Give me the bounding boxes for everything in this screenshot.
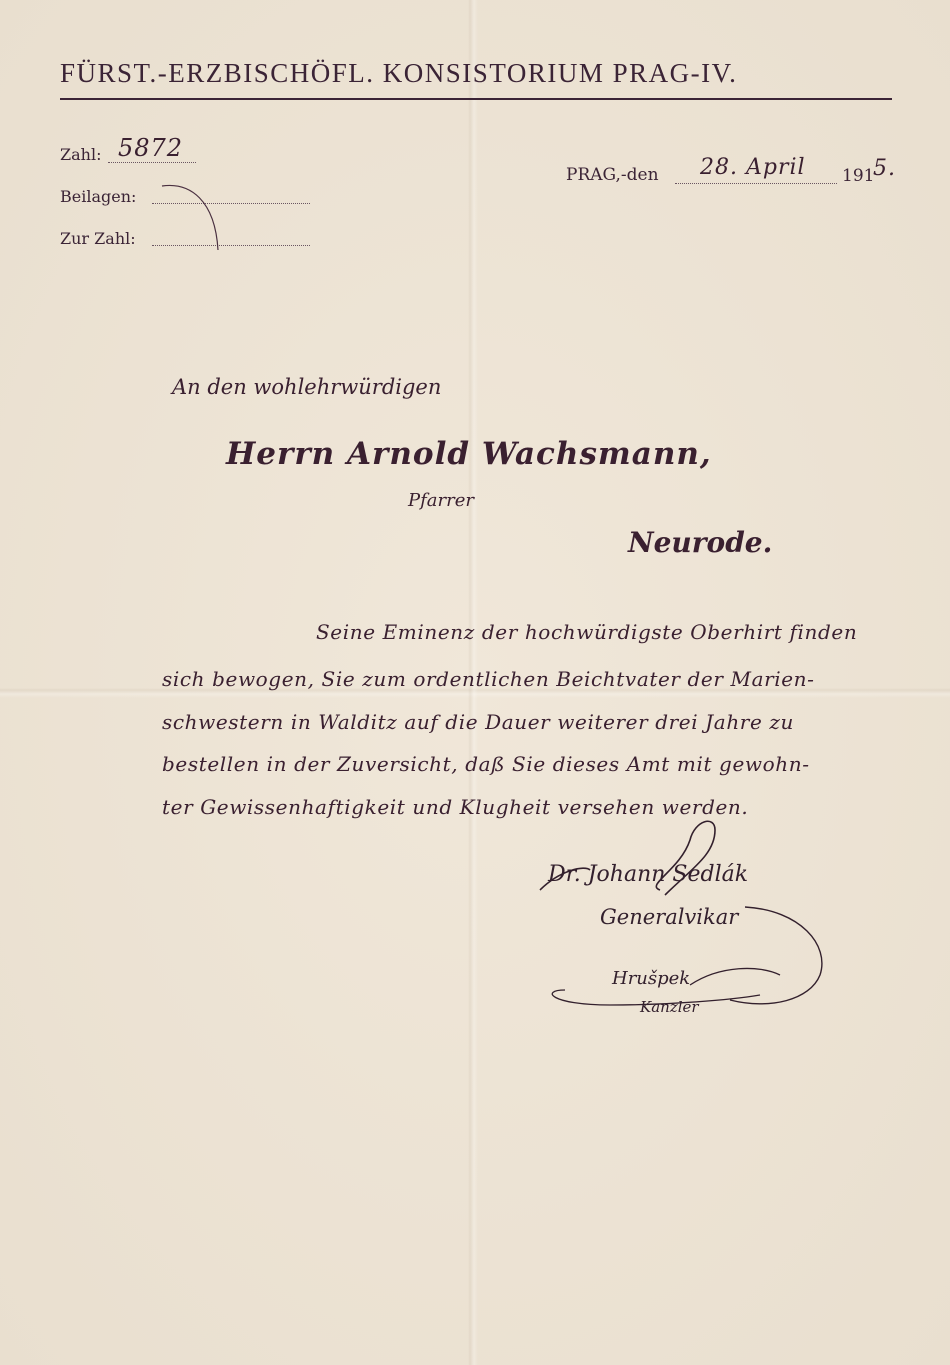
zahl-label: Zahl: xyxy=(60,145,101,164)
date-dotted-line xyxy=(675,183,837,184)
primary-signature-title: Generalvikar xyxy=(600,905,738,929)
letterhead-title: FÜRST.-ERZBISCHÖFL. KONSISTORIUM PRAG-IV… xyxy=(60,58,892,89)
salutation: An den wohlehrwürdigen xyxy=(172,375,441,399)
year-suffix: 5. xyxy=(873,156,896,181)
letterhead-rule xyxy=(60,98,892,100)
secondary-signature-name: Hrušpek xyxy=(612,968,690,989)
secondary-signature-title: Kanzler xyxy=(640,998,699,1016)
body-line: sich bewogen, Sie zum ordentlichen Beich… xyxy=(162,667,815,691)
year-prefix: 191 xyxy=(842,166,874,186)
date-value: 28. April xyxy=(700,155,806,180)
recipient-title: Pfarrer xyxy=(408,490,474,511)
body-line: bestellen in der Zuversicht, daß Sie die… xyxy=(162,752,810,776)
zahl-value: 5872 xyxy=(118,134,183,162)
body-line: schwestern in Walditz auf die Dauer weit… xyxy=(162,710,794,734)
bracket-stroke xyxy=(160,180,230,260)
recipient-place: Neurode. xyxy=(628,526,772,559)
zahl-dotted-line xyxy=(108,162,196,163)
body-line: Seine Eminenz der hochwürdigste Oberhirt… xyxy=(316,620,857,644)
zur-zahl-label: Zur Zahl: xyxy=(60,229,136,248)
place-label: PRAG,-den xyxy=(566,165,659,185)
primary-signature-name: Dr. Johann Sedlák xyxy=(548,862,748,887)
beilagen-label: Beilagen: xyxy=(60,187,136,206)
recipient-name: Herrn Arnold Wachsmann, xyxy=(226,436,712,472)
